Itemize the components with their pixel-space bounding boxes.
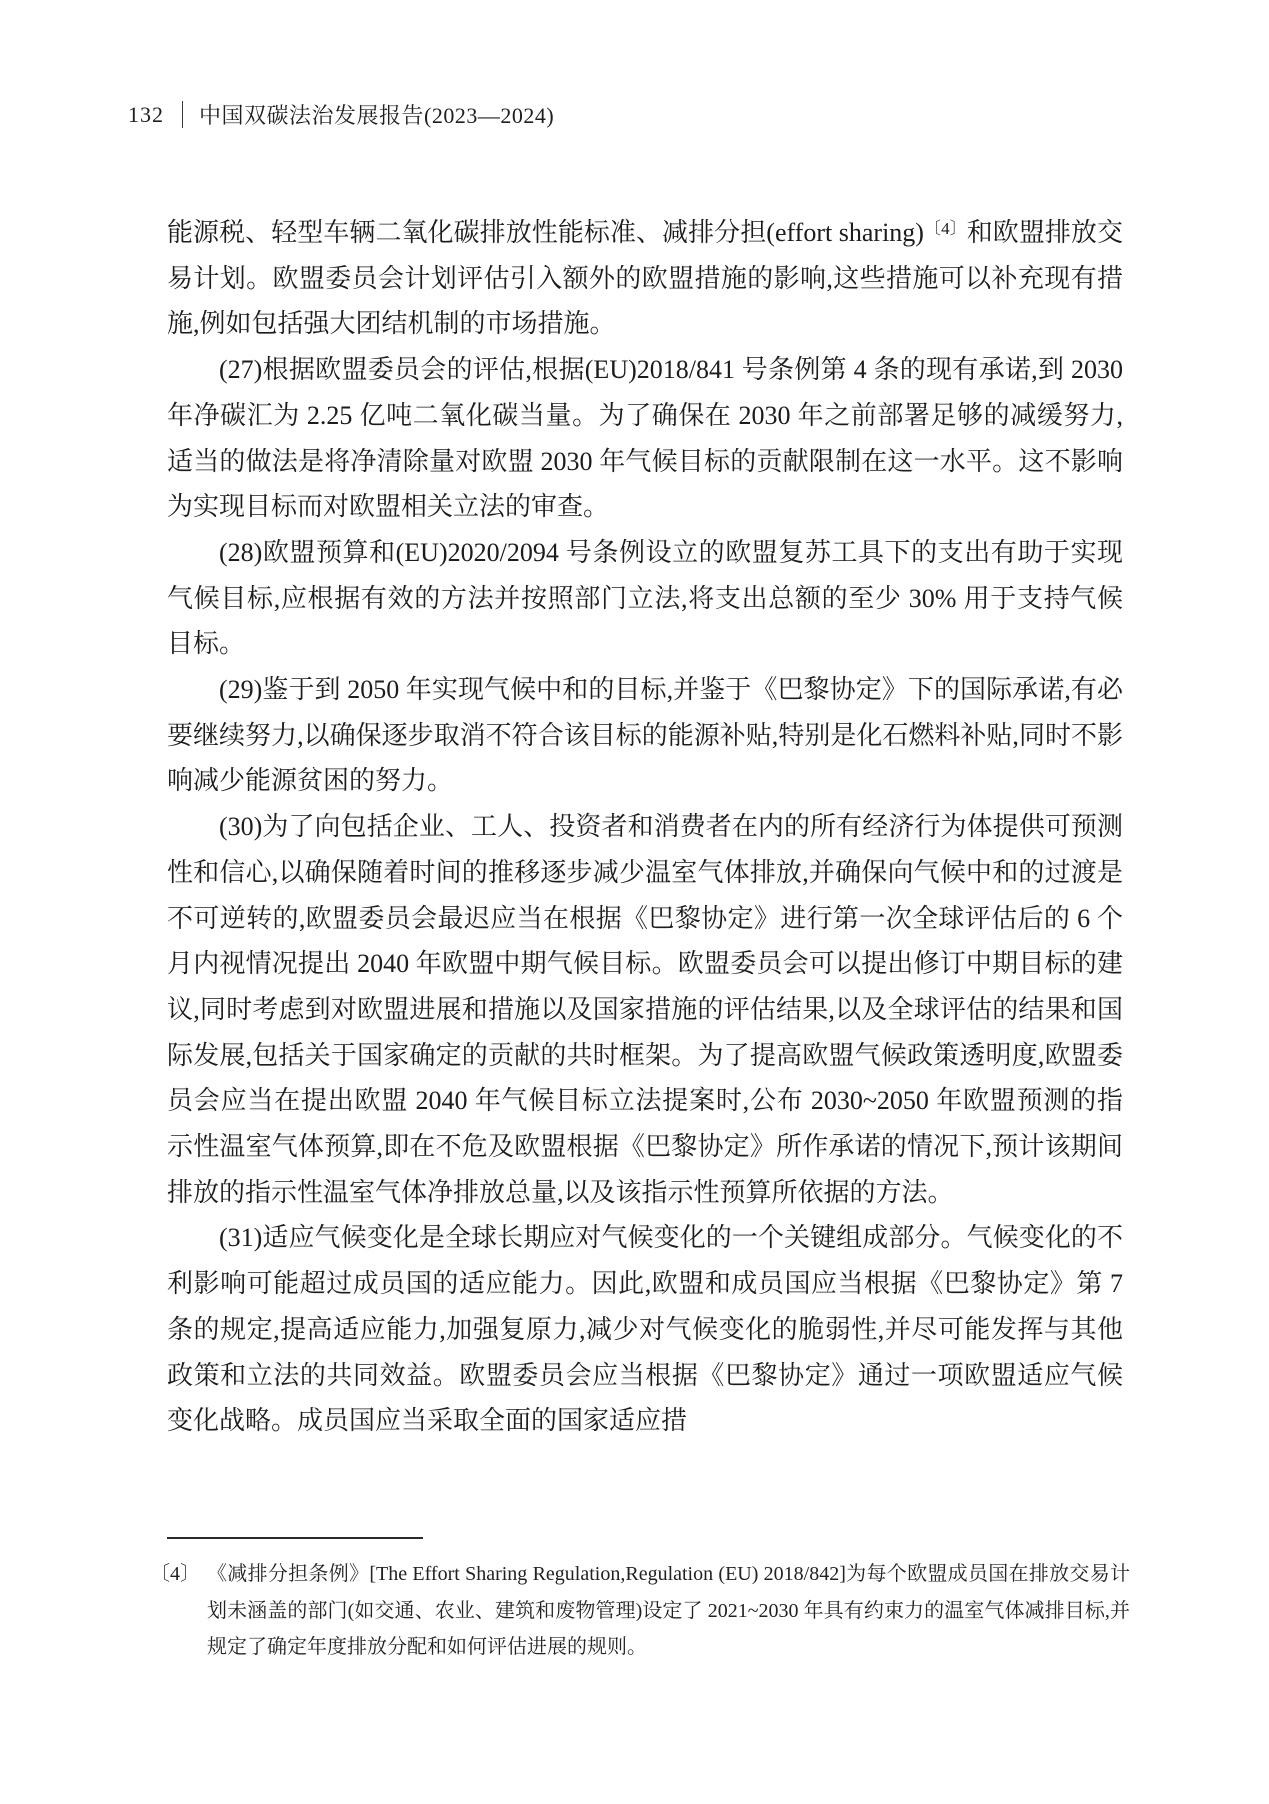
- paragraph-continuation: 能源税、轻型车辆二氧化碳排放性能标准、减排分担(effort sharing)〔…: [167, 210, 1123, 347]
- footnote-separator: [167, 1537, 423, 1539]
- page-header: 132 中国双碳法治发展报告(2023—2024): [128, 99, 554, 130]
- footnote-ref: 〔4〕: [924, 219, 967, 238]
- document-page: 132 中国双碳法治发展报告(2023—2024) 能源税、轻型车辆二氧化碳排放…: [0, 0, 1269, 1804]
- paragraph-text-pre: 能源税、轻型车辆二氧化碳排放性能标准、减排分担(effort sharing): [167, 218, 924, 247]
- footnote: 〔4〕 《减排分担条例》[The Effort Sharing Regulati…: [150, 1556, 1130, 1666]
- paragraph-30: (30)为了向包括企业、工人、投资者和消费者在内的所有经济行为体提供可预测性和信…: [167, 804, 1123, 1215]
- running-title: 中国双碳法治发展报告(2023—2024): [199, 99, 554, 130]
- paragraph-31: (31)适应气候变化是全球长期应对气候变化的一个关键组成部分。气候变化的不利影响…: [167, 1215, 1123, 1444]
- header-divider: [182, 101, 183, 128]
- footnote-marker: 〔4〕: [150, 1556, 207, 1593]
- paragraph-29: (29)鉴于到 2050 年实现气候中和的目标,并鉴于《巴黎协定》下的国际承诺,…: [167, 667, 1123, 804]
- paragraph-28: (28)欧盟预算和(EU)2020/2094 号条例设立的欧盟复苏工具下的支出有…: [167, 530, 1123, 667]
- page-body: 能源税、轻型车辆二氧化碳排放性能标准、减排分担(effort sharing)〔…: [167, 210, 1123, 1444]
- page-number: 132: [128, 102, 164, 128]
- footnote-text: 《减排分担条例》[The Effort Sharing Regulation,R…: [207, 1556, 1130, 1666]
- paragraph-27: (27)根据欧盟委员会的评估,根据(EU)2018/841 号条例第 4 条的现…: [167, 347, 1123, 530]
